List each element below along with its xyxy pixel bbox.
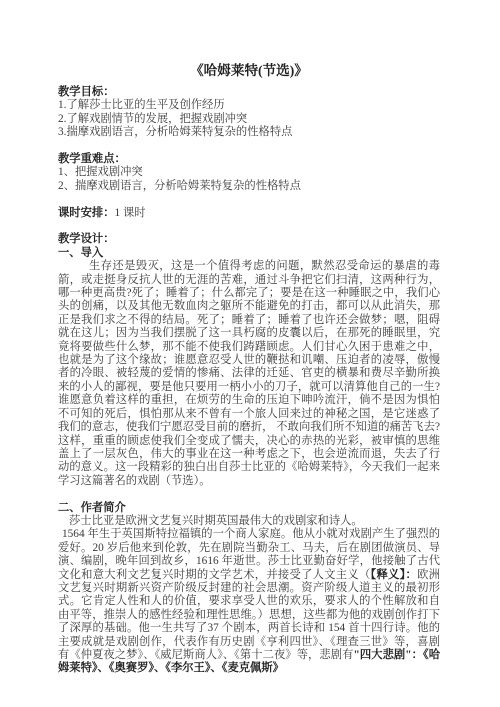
objectives-heading: 教学目标：	[58, 86, 440, 99]
blank-line	[58, 488, 440, 501]
author-paragraph-2: 1564 年生于英国斯特拉福镇的一个商人家庭。他从小就对戏剧产生了强烈的爱好。2…	[58, 528, 440, 675]
document-content: 《哈姆莱特(节选)》 教学目标： 1.了解莎士比亚的生平及创作经历 2.了解戏剧…	[0, 0, 500, 676]
intro-heading: 一、导入	[58, 247, 440, 260]
schedule-label: 课时安排：	[58, 207, 115, 219]
blank-line	[58, 220, 440, 233]
key-points-heading: 教学重难点：	[58, 153, 440, 166]
intro-paragraph: 生存还是毁灭，这是一个值得考虑的问题，默然忍受命运的暴虐的毒箭，或走挺身反抗人世…	[58, 260, 440, 488]
objective-item-2: 2.了解戏剧情节的发展，把握戏剧冲突	[58, 113, 440, 126]
author-heading: 二、作者简介	[58, 502, 440, 515]
objective-item-3: 3.揣摩戏剧语言，分析哈姆莱特复杂的性格特点	[58, 126, 440, 139]
schedule-value: 1 课时	[115, 207, 146, 219]
key-point-item-1: 1、把握戏剧冲突	[58, 166, 440, 179]
blank-line	[58, 193, 440, 206]
design-heading: 教学设计：	[58, 233, 440, 246]
page-title: 《哈姆莱特(节选)》	[58, 62, 440, 80]
schedule-line: 课时安排：1 课时	[58, 207, 440, 220]
document-page: 《哈姆莱特(节选)》 教学目标： 1.了解莎士比亚的生平及创作经历 2.了解戏剧…	[0, 0, 500, 707]
author-paragraph-1: 莎士比亚是欧洲文艺复兴时期英国最伟大的戏剧家和诗人。	[58, 515, 440, 528]
blank-line	[58, 140, 440, 153]
key-point-item-2: 2、揣摩戏剧语言，分析哈姆莱特复杂的性格特点	[58, 180, 440, 193]
objective-item-1: 1.了解莎士比亚的生平及创作经历	[58, 99, 440, 112]
